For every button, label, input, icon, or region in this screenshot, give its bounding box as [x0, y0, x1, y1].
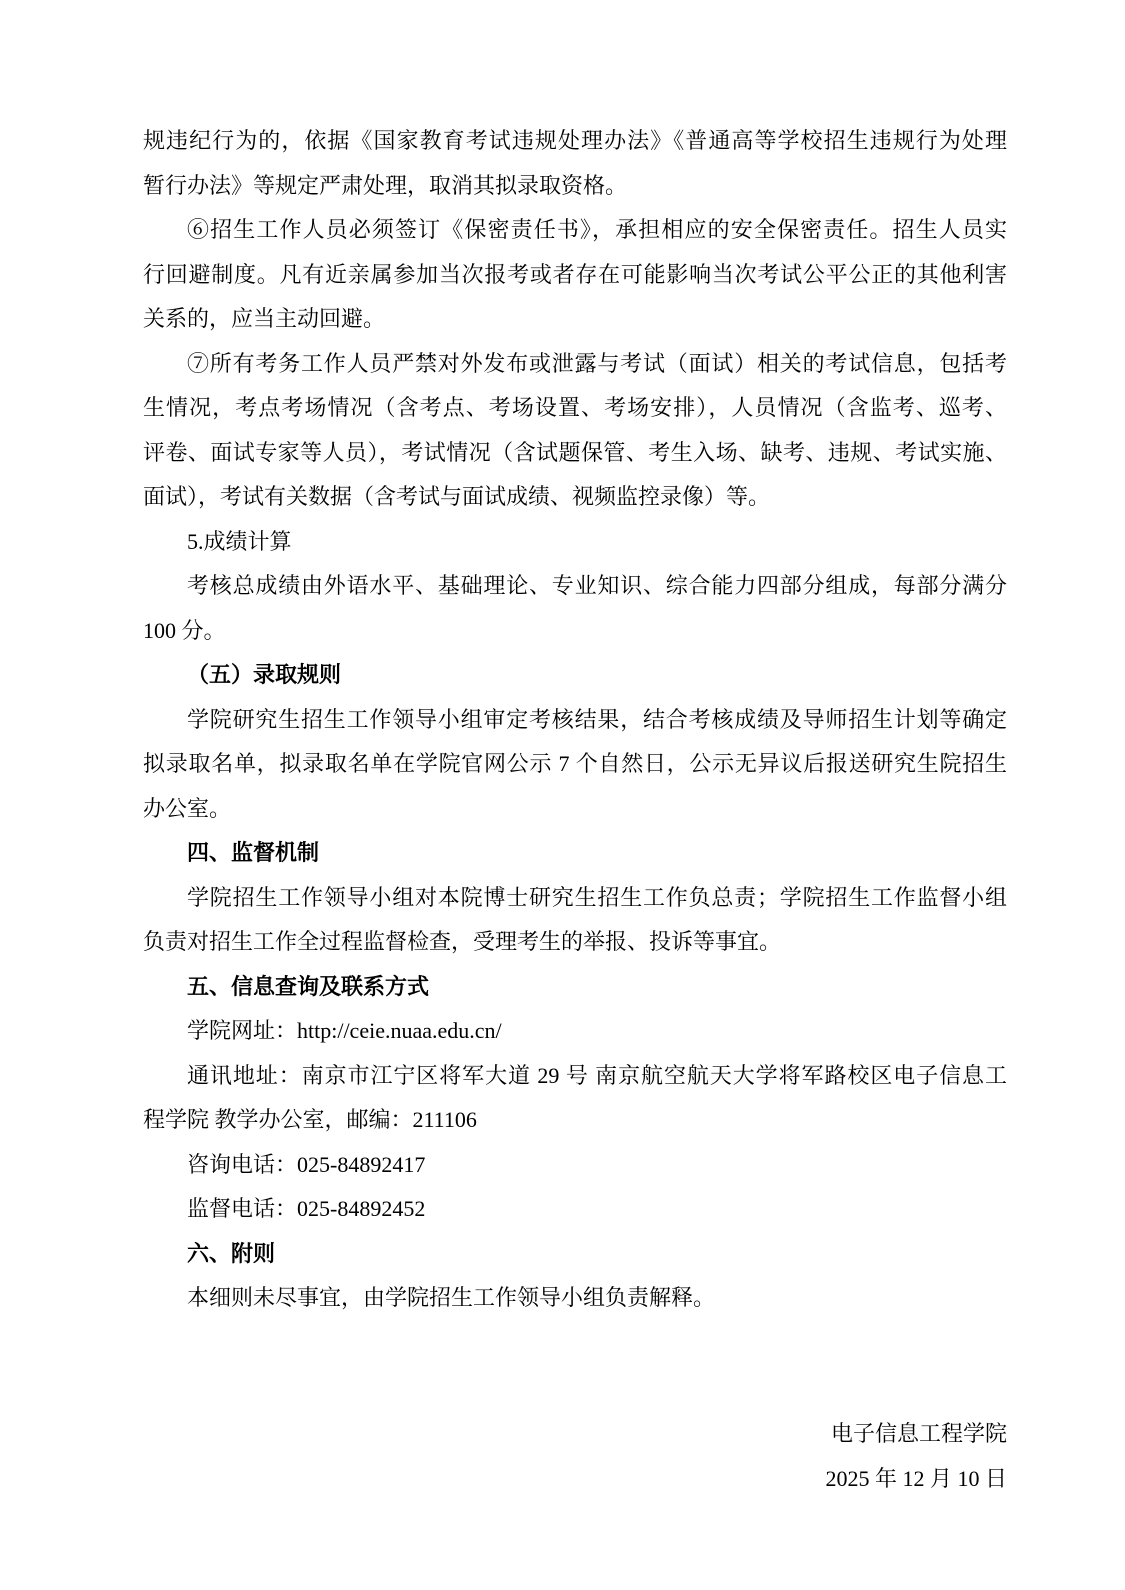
document-line: 拟录取名单，拟录取名单在学院官网公示 7 个自然日，公示无异议后报送研究生院招生	[143, 742, 1007, 787]
document-line: ⑦所有考务工作人员严禁对外发布或泄露与考试（面试）相关的考试信息，包括考	[143, 342, 1007, 387]
document-line: 学院研究生招生工作领导小组审定考核结果，结合考核成绩及导师招生计划等确定	[143, 698, 1007, 743]
document-line: ⑥招生工作人员必须签订《保密责任书》，承担相应的安全保密责任。招生人员实	[143, 208, 1007, 253]
document-line: 监督电话：025-84892452	[143, 1187, 1007, 1232]
document-line: 100 分。	[143, 609, 1007, 654]
document-line: 考核总成绩由外语水平、基础理论、专业知识、综合能力四部分组成，每部分满分	[143, 564, 1007, 609]
document-line: 负责对招生工作全过程监督检查，受理考生的举报、投诉等事宜。	[143, 920, 1007, 965]
document-line: 面试），考试有关数据（含考试与面试成绩、视频监控录像）等。	[143, 475, 1007, 520]
document-line: 咨询电话：025-84892417	[143, 1143, 1007, 1188]
document-line: 5.成绩计算	[143, 520, 1007, 565]
signature-line: 电子信息工程学院	[825, 1412, 1007, 1457]
document-line: 关系的，应当主动回避。	[143, 297, 1007, 342]
document-line: 学院网址：http://ceie.nuaa.edu.cn/	[143, 1009, 1007, 1054]
document-line: 办公室。	[143, 787, 1007, 832]
document-page: 规违纪行为的，依据《国家教育考试违规处理办法》《普通高等学校招生违规行为处理暂行…	[0, 0, 1125, 1590]
document-body: 规违纪行为的，依据《国家教育考试违规处理办法》《普通高等学校招生违规行为处理暂行…	[143, 119, 1007, 1321]
section-heading: （五）录取规则	[143, 653, 1007, 698]
document-line: 本细则未尽事宜，由学院招生工作领导小组负责解释。	[143, 1276, 1007, 1321]
document-line: 规违纪行为的，依据《国家教育考试违规处理办法》《普通高等学校招生违规行为处理	[143, 119, 1007, 164]
document-line: 评卷、面试专家等人员），考试情况（含试题保管、考生入场、缺考、违规、考试实施、	[143, 431, 1007, 476]
section-heading: 六、附则	[143, 1232, 1007, 1277]
document-line: 生情况，考点考场情况（含考点、考场设置、考场安排），人员情况（含监考、巡考、	[143, 386, 1007, 431]
section-heading: 四、监督机制	[143, 831, 1007, 876]
section-heading: 五、信息查询及联系方式	[143, 965, 1007, 1010]
document-line: 行回避制度。凡有近亲属参加当次报考或者存在可能影响当次考试公平公正的其他利害	[143, 253, 1007, 298]
document-line: 暂行办法》等规定严肃处理，取消其拟录取资格。	[143, 164, 1007, 209]
date-line: 2025 年 12 月 10 日	[825, 1457, 1007, 1502]
document-line: 通讯地址：南京市江宁区将军大道 29 号 南京航空航天大学将军路校区电子信息工	[143, 1054, 1007, 1099]
document-line: 学院招生工作领导小组对本院博士研究生招生工作负总责；学院招生工作监督小组	[143, 876, 1007, 921]
document-line: 程学院 教学办公室，邮编：211106	[143, 1098, 1007, 1143]
document-footer: 电子信息工程学院 2025 年 12 月 10 日	[825, 1412, 1007, 1501]
